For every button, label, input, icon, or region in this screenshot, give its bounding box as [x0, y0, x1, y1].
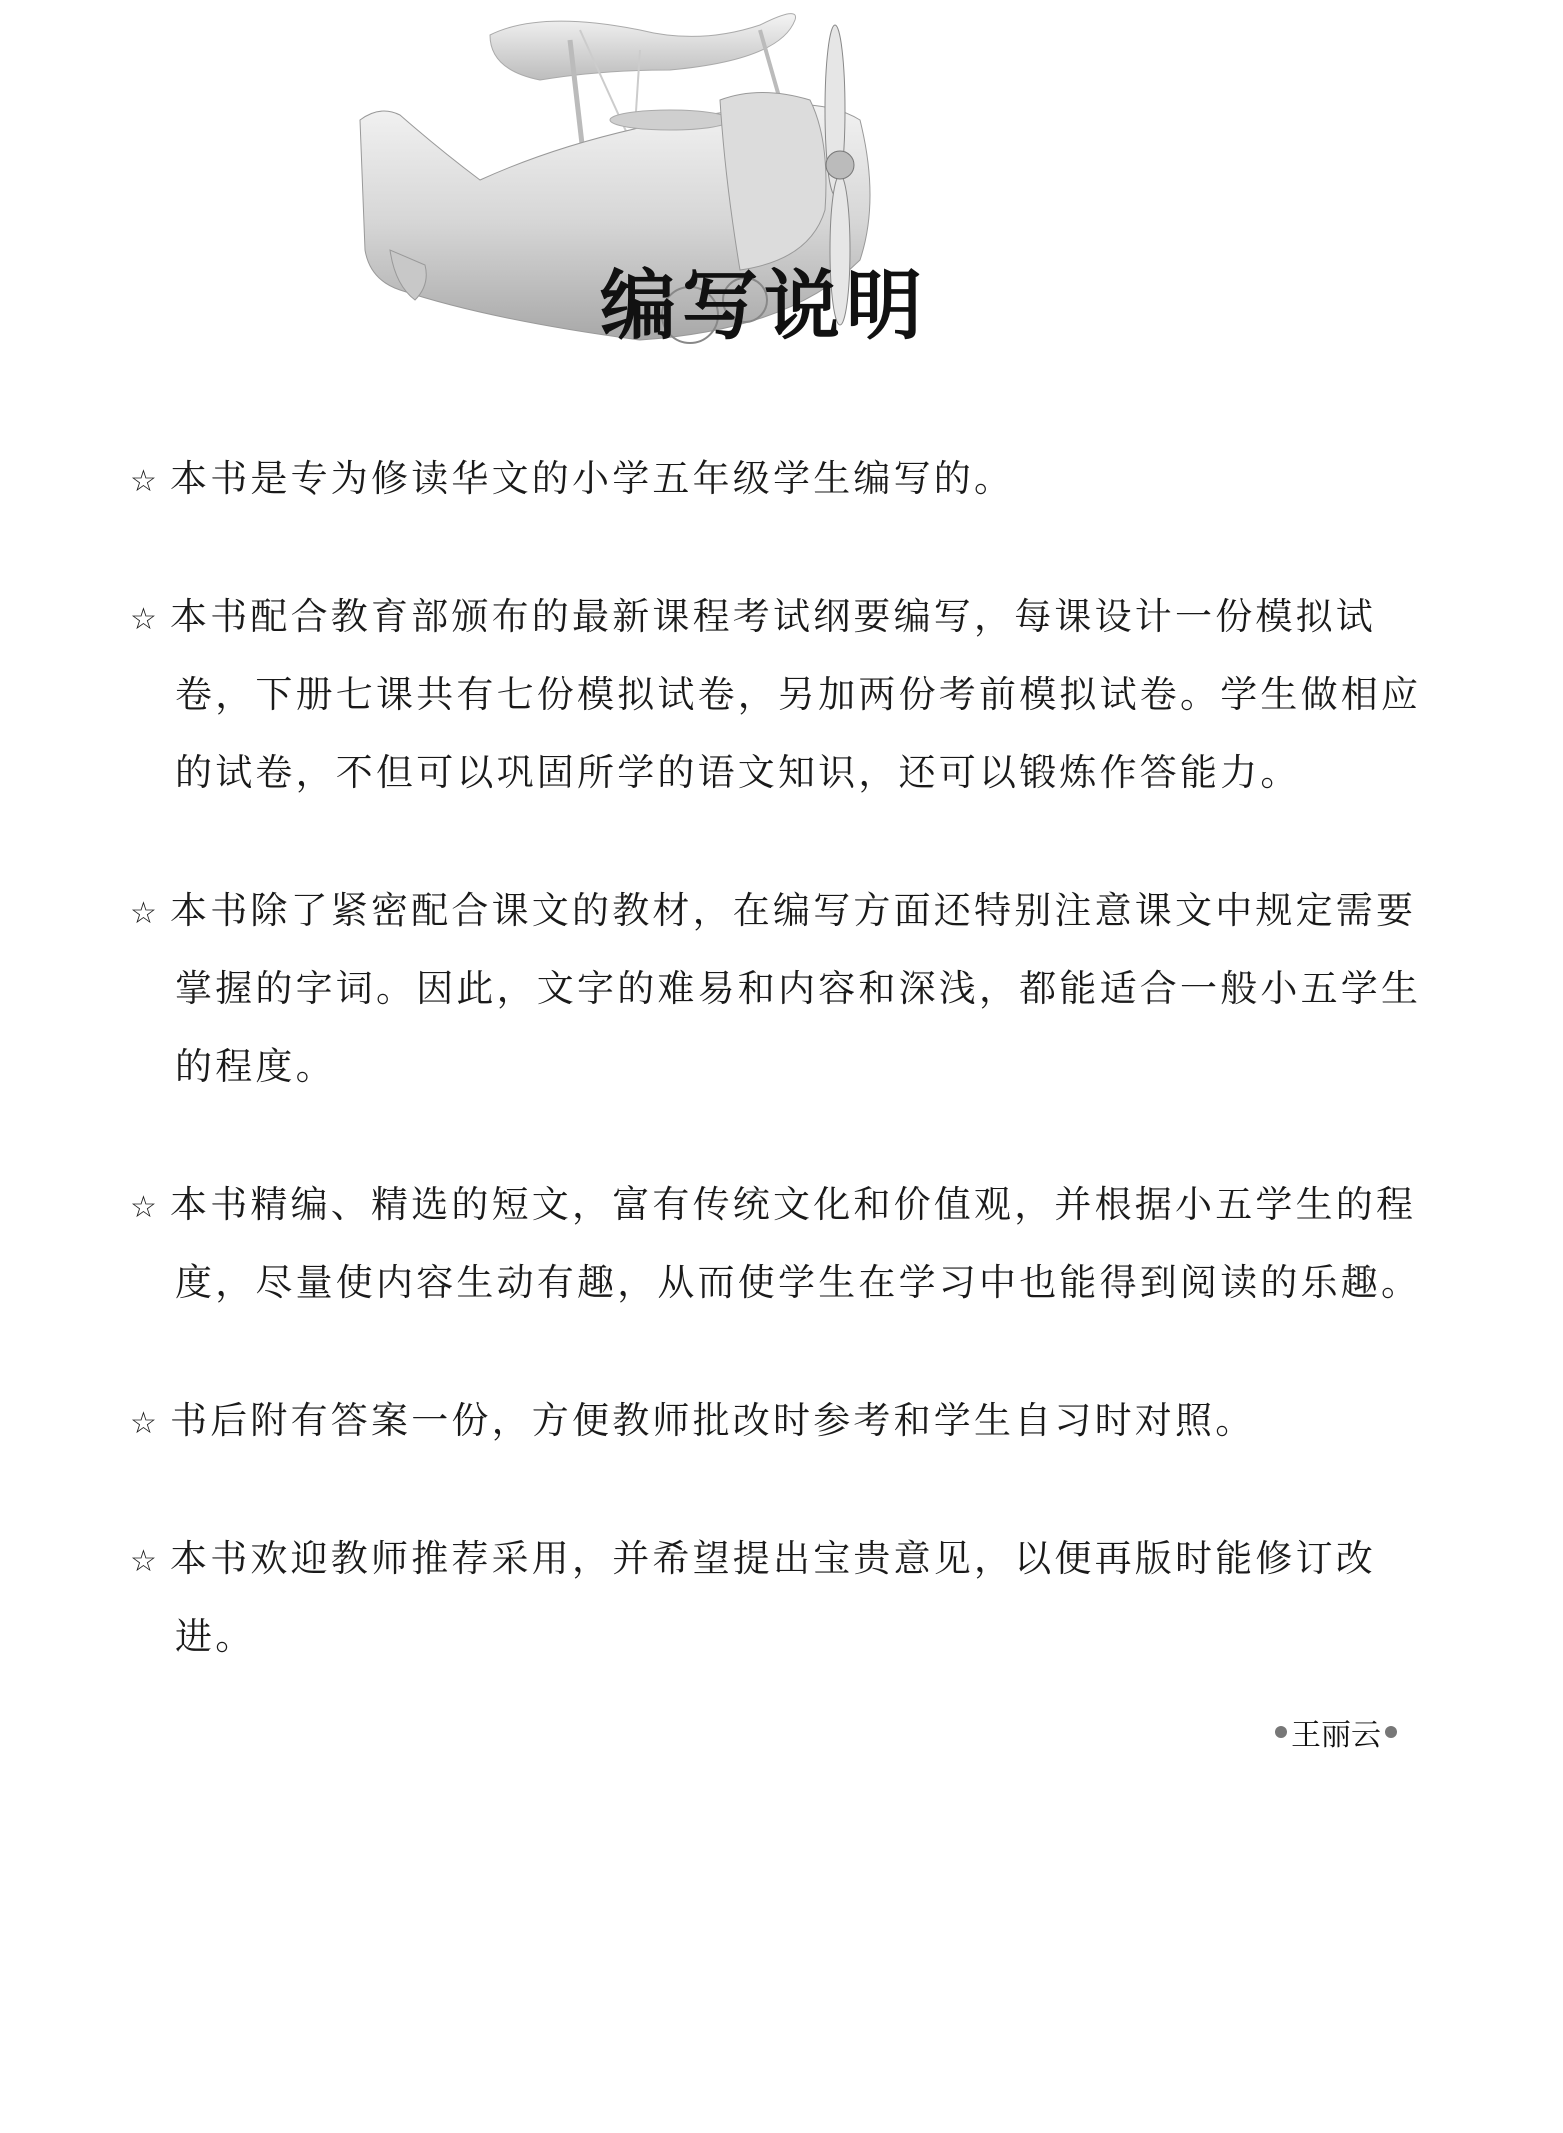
- list-item: ☆本书是专为修读华文的小学五年级学生编写的。: [130, 440, 1430, 518]
- star-bullet-icon: ☆: [130, 581, 170, 659]
- author-signature: 王丽云: [1275, 1710, 1397, 1754]
- star-bullet-icon: ☆: [130, 875, 170, 953]
- list-item: ☆书后附有答案一份，方便教师批改时参考和学生自习时对照。: [130, 1382, 1430, 1460]
- star-bullet-icon: ☆: [130, 1523, 170, 1601]
- item-text: 进。: [130, 1598, 1430, 1676]
- list-item: ☆本书配合教育部颁布的最新课程考试纲要编写，每课设计一份模拟试 卷，下册七课共有…: [130, 578, 1430, 812]
- list-item: ☆本书精编、精选的短文，富有传统文化和价值观，并根据小五学生的程 度，尽量使内容…: [130, 1166, 1430, 1322]
- item-text: 度，尽量使内容生动有趣，从而使学生在学习中也能得到阅读的乐趣。: [130, 1244, 1430, 1322]
- item-text: 卷，下册七课共有七份模拟试卷，另加两份考前模拟试卷。学生做相应: [130, 656, 1430, 734]
- star-bullet-icon: ☆: [130, 1169, 170, 1247]
- item-text: 本书精编、精选的短文，富有传统文化和价值观，并根据小五学生的程: [170, 1183, 1416, 1226]
- item-text: 本书配合教育部颁布的最新课程考试纲要编写，每课设计一份模拟试: [170, 595, 1376, 638]
- star-bullet-icon: ☆: [130, 1385, 170, 1463]
- star-bullet-icon: ☆: [130, 443, 170, 521]
- item-text: 本书除了紧密配合课文的教材，在编写方面还特别注意课文中规定需要: [170, 889, 1416, 932]
- list-item: ☆本书欢迎教师推荐采用，并希望提出宝贵意见，以便再版时能修订改 进。: [130, 1520, 1430, 1676]
- page-title: 编写说明: [600, 245, 928, 354]
- item-text: 的试卷，不但可以巩固所学的语文知识，还可以锻炼作答能力。: [130, 734, 1430, 812]
- item-text: 本书是专为修读华文的小学五年级学生编写的。: [170, 457, 1014, 500]
- item-text: 本书欢迎教师推荐采用，并希望提出宝贵意见，以便再版时能修订改: [170, 1537, 1376, 1580]
- author-name: 王丽云: [1291, 1710, 1381, 1754]
- item-text: 的程度。: [130, 1028, 1430, 1106]
- dot-icon: [1275, 1726, 1287, 1738]
- dot-icon: [1385, 1726, 1397, 1738]
- explanation-list: ☆本书是专为修读华文的小学五年级学生编写的。 ☆本书配合教育部颁布的最新课程考试…: [130, 440, 1430, 1736]
- item-text: 书后附有答案一份，方便教师批改时参考和学生自习时对照。: [170, 1399, 1255, 1442]
- item-text: 掌握的字词。因此，文字的难易和内容和深浅，都能适合一般小五学生: [130, 950, 1430, 1028]
- list-item: ☆本书除了紧密配合课文的教材，在编写方面还特别注意课文中规定需要 掌握的字词。因…: [130, 872, 1430, 1106]
